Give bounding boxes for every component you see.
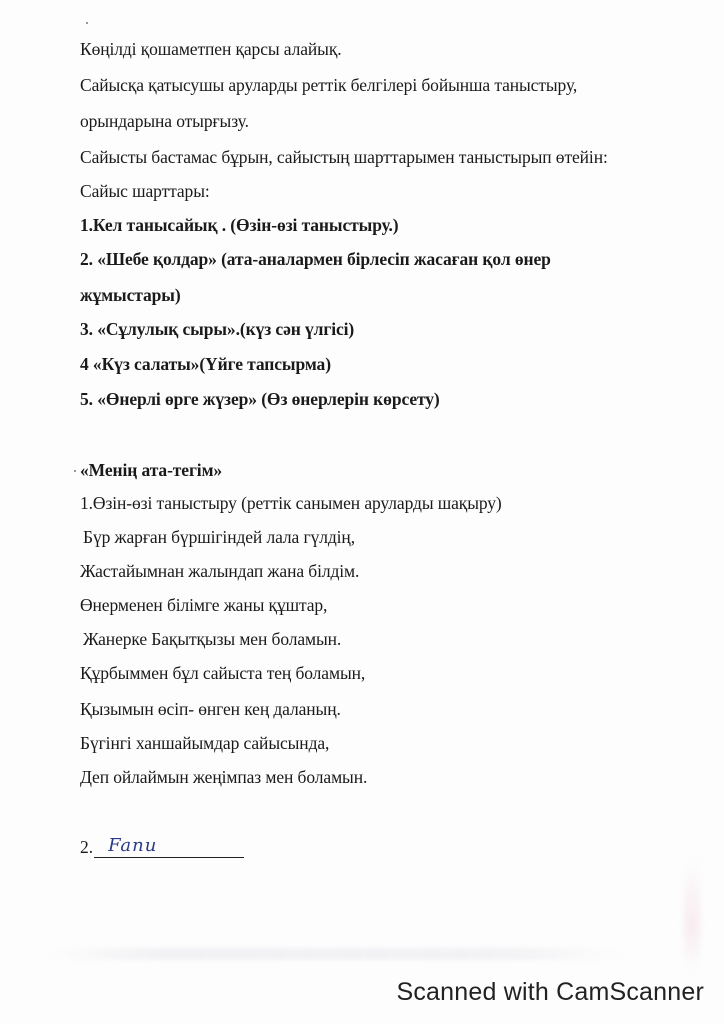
poem-line: Деп ойлаймын жеңімпаз мен боламын. — [80, 766, 367, 788]
camscanner-watermark: Scanned with CamScanner — [396, 978, 704, 1007]
rule-item: 1.Кел танысайық . (Өзін-өзі таныстыру.) — [80, 214, 399, 236]
poem-line: Жастайымнан жалындап жана білдім. — [80, 560, 359, 582]
rule-item: 5. «Өнерлі өрге жүзер» (Өз өнерлерін көр… — [80, 388, 440, 410]
signature-row: 2. Fanu — [80, 836, 244, 858]
scan-speck — [74, 470, 76, 472]
scanned-page: Көңілді қошаметпен қарсы алайық. Сайысқа… — [0, 0, 724, 1024]
intro-line: Сайысқа қатысушы аруларды реттік белгіле… — [80, 74, 577, 96]
bleed-through-artifact — [50, 948, 620, 960]
section-title: «Менің ата-тегім» — [80, 459, 222, 481]
intro-line: Сайысты бастамас бұрын, сайыстың шарттар… — [80, 146, 608, 168]
scan-speck — [86, 22, 88, 24]
scan-edge-artifact — [684, 860, 700, 970]
rule-item-continuation: жұмыстары) — [80, 284, 181, 306]
intro-line: Көңілді қошаметпен қарсы алайық. — [80, 38, 342, 60]
rule-item: 3. «Сұлулық сыры».(күз сән үлгісі) — [80, 318, 354, 340]
poem-line: Қызымын өсіп- өнген кең даланың. — [80, 698, 341, 720]
poem-line: Бүр жарған бүршігіндей лала гүлдің, — [83, 526, 355, 548]
signature-number: 2. — [80, 836, 93, 858]
intro-line: орындарына отырғызу. — [80, 110, 249, 132]
poem-line: Құрбыммен бұл сайыста тең боламын, — [80, 662, 365, 684]
section-intro: 1.Өзін-өзі таныстыру (реттік санымен ару… — [80, 492, 502, 514]
handwritten-signature: Fanu — [108, 835, 157, 857]
rules-heading: Сайыс шарттары: — [80, 180, 210, 202]
rule-item: 2. «Шебе қолдар» (ата-аналармен бірлесіп… — [80, 248, 551, 270]
poem-line: Жанерке Бақытқызы мен боламын. — [83, 628, 341, 650]
poem-line: Өнерменен білімге жаны құштар, — [80, 594, 327, 616]
signature-line: Fanu — [94, 837, 244, 858]
poem-line: Бүгінгі ханшайымдар сайысында, — [80, 732, 329, 754]
rule-item: 4 «Күз салаты»(Үйге тапсырма) — [80, 353, 331, 375]
